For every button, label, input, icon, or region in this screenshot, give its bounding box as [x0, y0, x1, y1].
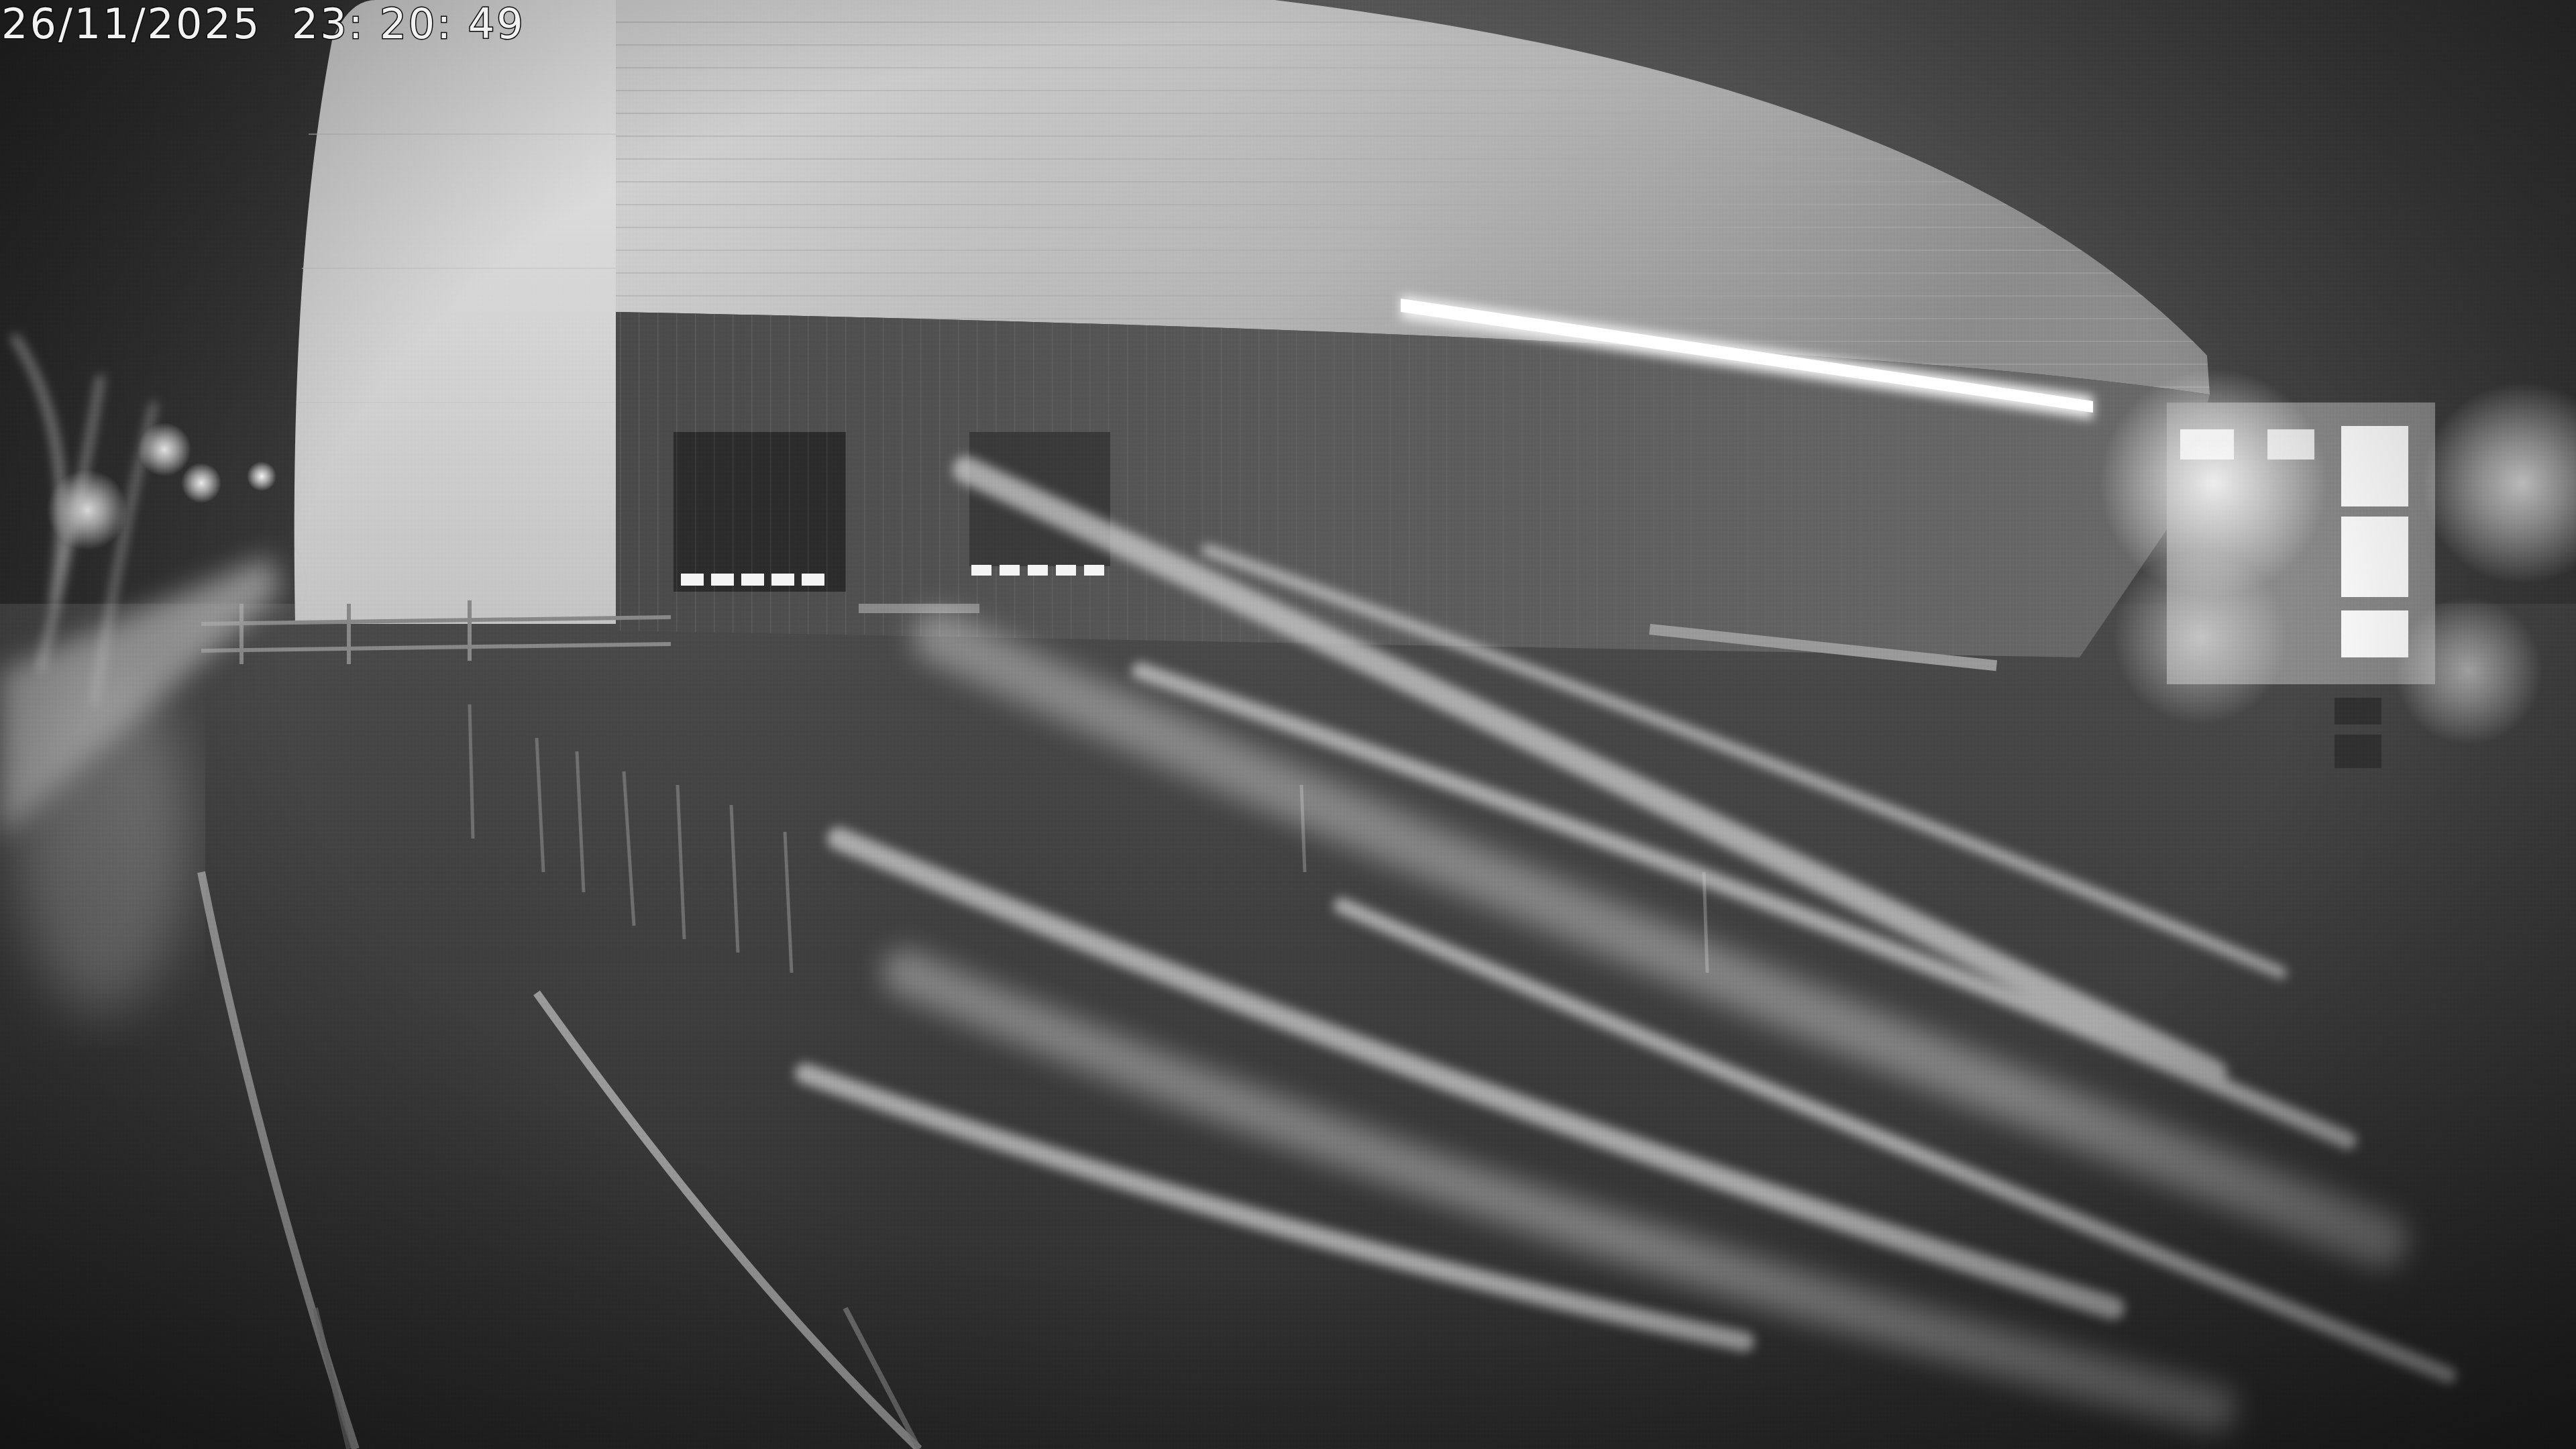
camera-viewport: 26/11/2025 23: 20: 49: [0, 0, 2576, 1449]
camera-image: [0, 0, 2576, 1449]
timestamp-overlay: 26/11/2025 23: 20: 49: [1, 0, 525, 48]
